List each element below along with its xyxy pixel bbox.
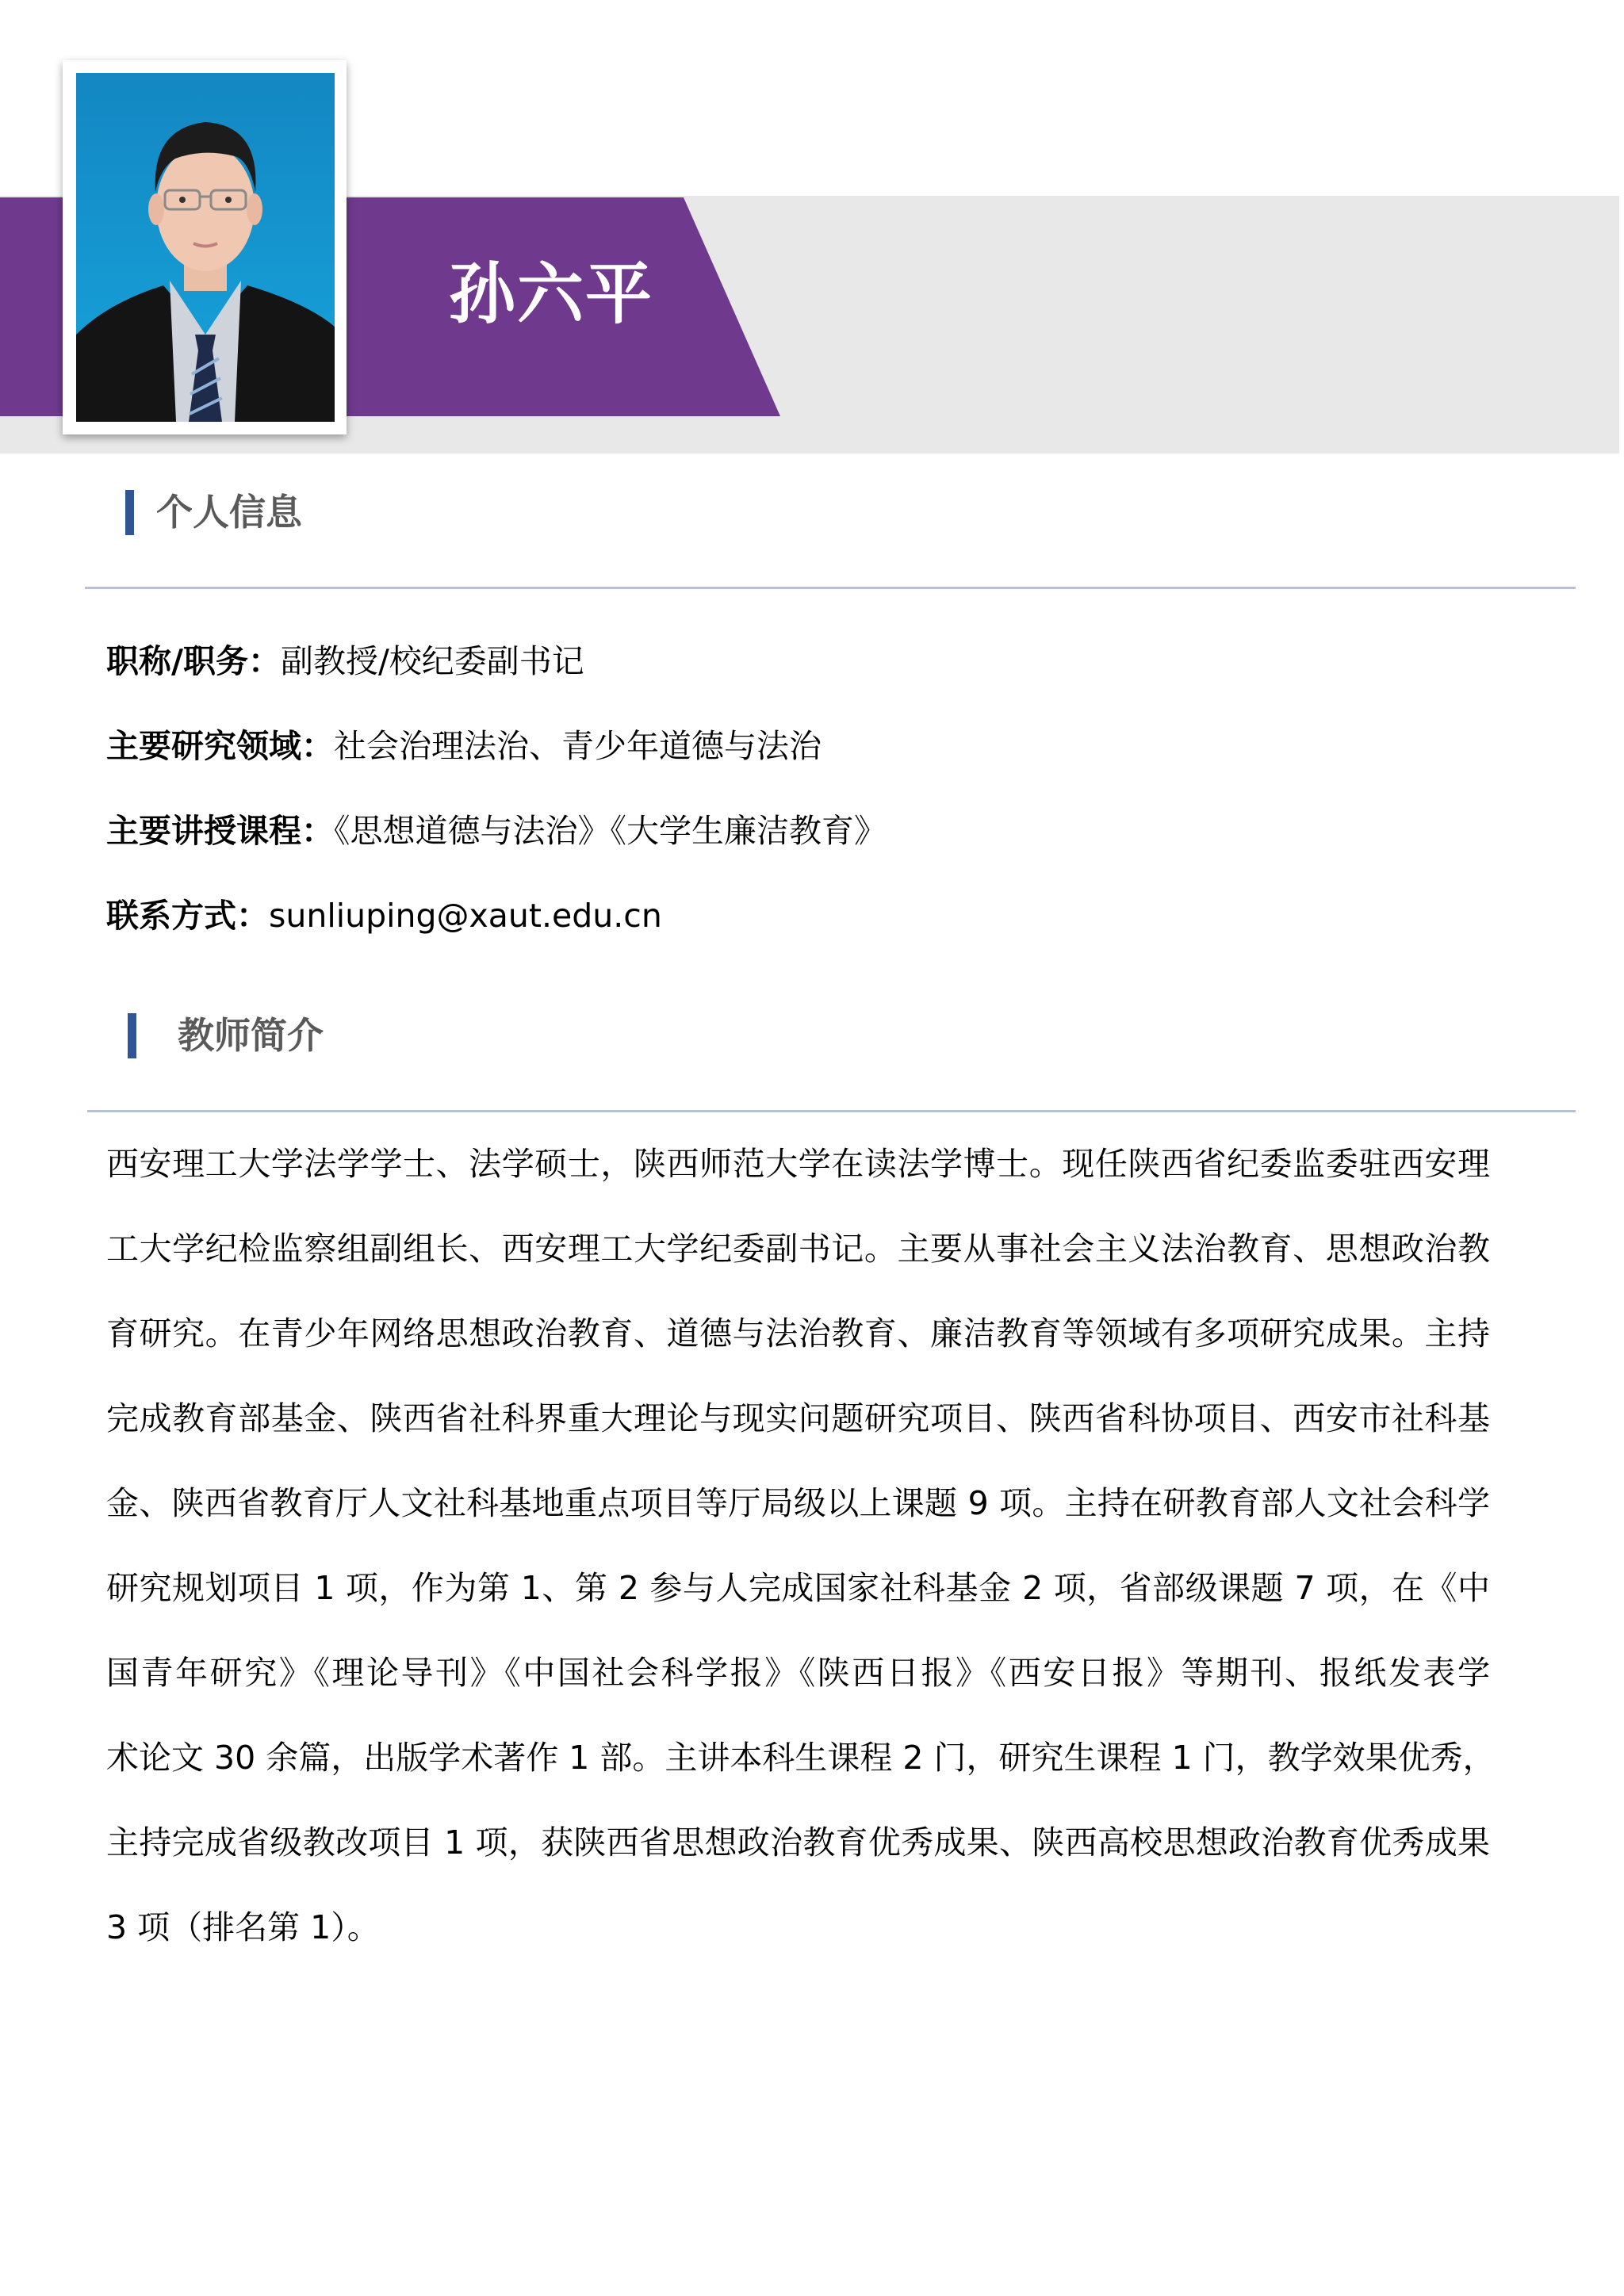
info-value: 《思想道德与法治》《大学生廉洁教育》 (334, 812, 887, 850)
section-bar-icon (125, 490, 134, 535)
email-link[interactable]: sunliuping@xaut.edu.cn (269, 897, 662, 935)
info-value: 副教授/校纪委副书记 (281, 642, 584, 680)
bio-line: 完成教育部基金、陕西省社科界重大理论与现实问题研究项目、陕西省科协项目、西安市社… (106, 1395, 1490, 1479)
portrait-icon (76, 73, 335, 422)
section-title: 教师简介 (178, 1013, 324, 1058)
info-value: 社会治理法治、青少年道德与法治 (334, 727, 822, 765)
info-row-title: 职称/职务：副教授/校纪委副书记 (106, 637, 584, 685)
bio-line: 主持完成省级教改项目 1 项，获陕西省思想政治教育优秀成果、陕西高校思想政治教育… (106, 1819, 1490, 1904)
section-bar-icon (128, 1013, 136, 1058)
bio-line: 术论文 30 余篇，出版学术著作 1 部。主讲本科生课程 2 门，研究生课程 1… (106, 1734, 1490, 1819)
bio-line: 西安理工大学法学学士、法学硕士，陕西师范大学在读法学博士。现任陕西省纪委监委驻西… (106, 1140, 1490, 1225)
bio-line: 3 项（排名第 1）。 (106, 1904, 1490, 1988)
bio-line: 国青年研究》《理论导刊》《中国社会科学报》《陕西日报》《西安日报》等期刊、报纸发… (106, 1649, 1490, 1734)
bio-paragraph: 西安理工大学法学学士、法学硕士，陕西师范大学在读法学博士。现任陕西省纪委监委驻西… (106, 1140, 1490, 1988)
section-divider (87, 1110, 1576, 1112)
bio-line: 研究规划项目 1 项，作为第 1、第 2 参与人完成国家社科基金 2 项，省部级… (106, 1564, 1490, 1649)
info-label: 主要研究领域： (106, 727, 334, 765)
bio-line: 金、陕西省教育厅人文社科基地重点项目等厅局级以上课题 9 项。主持在研教育部人文… (106, 1479, 1490, 1564)
info-row-contact: 联系方式：sunliuping@xaut.edu.cn (106, 892, 662, 939)
info-row-courses: 主要讲授课程：《思想道德与法治》《大学生廉洁教育》 (106, 807, 887, 855)
profile-photo (76, 73, 335, 422)
info-row-research: 主要研究领域：社会治理法治、青少年道德与法治 (106, 722, 822, 770)
section-divider (85, 587, 1576, 589)
info-label: 联系方式： (106, 897, 269, 935)
bio-line: 工大学纪检监察组副组长、西安理工大学纪委副书记。主要从事社会主义法治教育、思想政… (106, 1225, 1490, 1310)
section-title: 个人信息 (156, 490, 302, 535)
profile-photo-frame (63, 60, 347, 434)
info-label: 主要讲授课程： (106, 812, 334, 850)
section-header-personal-info: 个人信息 (125, 490, 302, 535)
section-header-bio: 教师简介 (128, 1013, 324, 1058)
bio-line: 育研究。在青少年网络思想政治教育、道德与法治教育、廉洁教育等领域有多项研究成果。… (106, 1310, 1490, 1395)
person-name: 孙六平 (449, 251, 653, 338)
info-label: 职称/职务： (106, 642, 281, 680)
